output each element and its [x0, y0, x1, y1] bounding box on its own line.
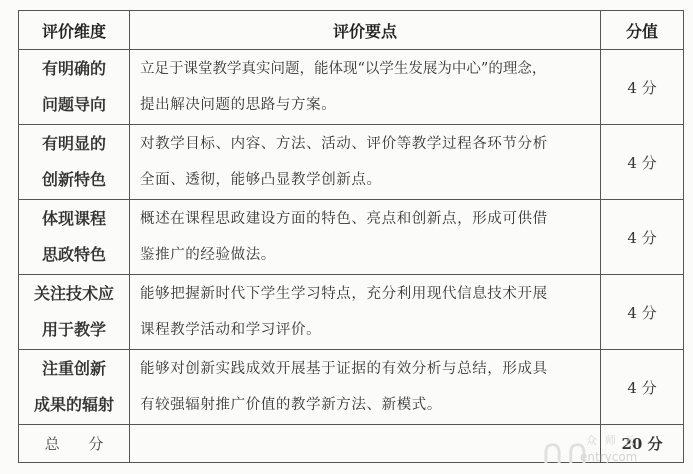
- score-cell: 4 分: [601, 350, 684, 425]
- table-row: 有明确的问题导向 立足于课堂教学真实问题，能体现“以学生发展为中心”的理念，提出…: [19, 50, 684, 125]
- header-dimension: 评价维度: [19, 11, 130, 50]
- total-row: 总 分 20 分: [19, 425, 684, 463]
- table-row: 关注技术应用于教学 能够把握新时代下学生学习特点，充分利用现代信息技术开展课程教…: [19, 275, 684, 350]
- header-row: 评价维度 评价要点 分值: [19, 11, 684, 50]
- dimension-cell: 有明显的创新特色: [19, 125, 130, 200]
- description-cell: 立足于课堂教学真实问题，能体现“以学生发展为中心”的理念，提出解决问题的思路与方…: [130, 50, 601, 125]
- description-cell: 能够把握新时代下学生学习特点，充分利用现代信息技术开展课程教学活动和学习评价。: [130, 275, 601, 350]
- table-row: 体现课程思政特色 概述在课程思政建设方面的特色、亮点和创新点，形成可供借鉴推广的…: [19, 200, 684, 275]
- score-cell: 4 分: [601, 200, 684, 275]
- total-empty-cell: [130, 425, 601, 463]
- total-value: 20 分: [601, 425, 684, 463]
- description-cell: 概述在课程思政建设方面的特色、亮点和创新点，形成可供借鉴推广的经验做法。: [130, 200, 601, 275]
- dimension-cell: 体现课程思政特色: [19, 200, 130, 275]
- header-key-points: 评价要点: [130, 11, 601, 50]
- description-cell: 能够对创新实践成效开展基于证据的有效分析与总结，形成具有较强辐射推广价值的教学新…: [130, 350, 601, 425]
- score-cell: 4 分: [601, 125, 684, 200]
- dimension-cell: 注重创新成果的辐射: [19, 350, 130, 425]
- dimension-cell: 有明确的问题导向: [19, 50, 130, 125]
- evaluation-criteria-table: 评价维度 评价要点 分值 有明确的问题导向 立足于课堂教学真实问题，能体现“以学…: [18, 10, 684, 463]
- description-cell: 对教学目标、内容、方法、活动、评价等教学过程各环节分析全面、透彻，能够凸显教学创…: [130, 125, 601, 200]
- table-row: 有明显的创新特色 对教学目标、内容、方法、活动、评价等教学过程各环节分析全面、透…: [19, 125, 684, 200]
- total-label: 总 分: [19, 425, 130, 463]
- score-cell: 4 分: [601, 275, 684, 350]
- header-score: 分值: [601, 11, 684, 50]
- dimension-cell: 关注技术应用于教学: [19, 275, 130, 350]
- score-cell: 4 分: [601, 50, 684, 125]
- table-row: 注重创新成果的辐射 能够对创新实践成效开展基于证据的有效分析与总结，形成具有较强…: [19, 350, 684, 425]
